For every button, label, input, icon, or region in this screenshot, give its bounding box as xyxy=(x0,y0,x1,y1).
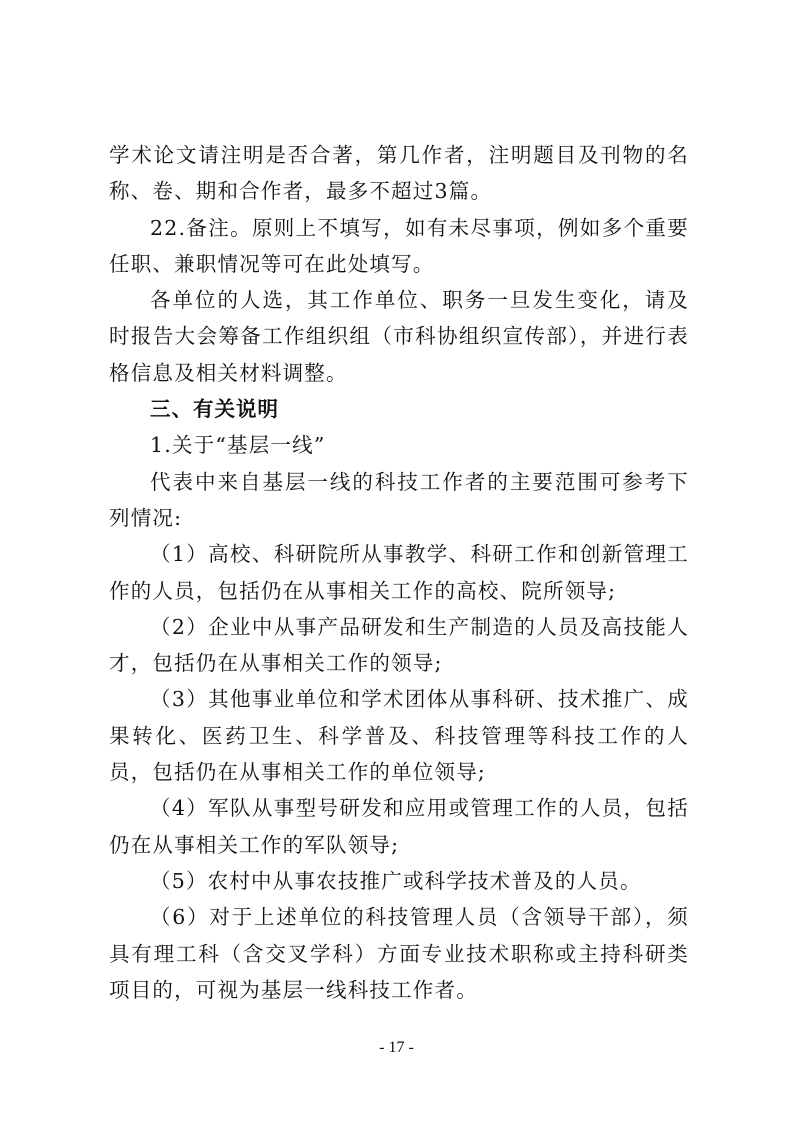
list-item: （3）其他事业单位和学术团体从事科研、技术推广、成果转化、医药卫生、科学普及、科… xyxy=(109,681,689,790)
list-item: （2）企业中从事产品研发和生产制造的人员及高技能人才，包括仍在从事相关工作的领导… xyxy=(109,609,689,682)
paragraph-academic-papers: 学术论文请注明是否合著，第几作者，注明题目及刊物的名称、卷、期和合作者，最多不超… xyxy=(109,137,689,210)
section-heading: 三、有关说明 xyxy=(109,391,689,427)
page-content: 学术论文请注明是否合著，第几作者，注明题目及刊物的名称、卷、期和合作者，最多不超… xyxy=(109,137,689,1008)
paragraph-remarks: 22.备注。原则上不填写，如有未尽事项，例如多个重要任职、兼职情况等可在此处填写… xyxy=(109,210,689,283)
list-item: （6）对于上述单位的科技管理人员（含领导干部），须具有理工科（含交叉学科）方面专… xyxy=(109,899,689,1008)
subheading: 1.关于“基层一线” xyxy=(109,427,689,463)
list-item: （4）军队从事型号研发和应用或管理工作的人员，包括仍在从事相关工作的军队领导; xyxy=(109,790,689,863)
list-item: （1）高校、科研院所从事教学、科研工作和创新管理工作的人员，包括仍在从事相关工作… xyxy=(109,536,689,609)
intro-paragraph: 代表中来自基层一线的科技工作者的主要范围可参考下列情况: xyxy=(109,464,689,537)
paragraph-changes: 各单位的人选，其工作单位、职务一旦发生变化，请及时报告大会筹备工作组织组（市科协… xyxy=(109,282,689,391)
document-page: 学术论文请注明是否合著，第几作者，注明题目及刊物的名称、卷、期和合作者，最多不超… xyxy=(0,0,793,1122)
list-item: （5）农村中从事农技推广或科学技术普及的人员。 xyxy=(109,863,689,899)
page-number: - 17 - xyxy=(0,1039,793,1057)
